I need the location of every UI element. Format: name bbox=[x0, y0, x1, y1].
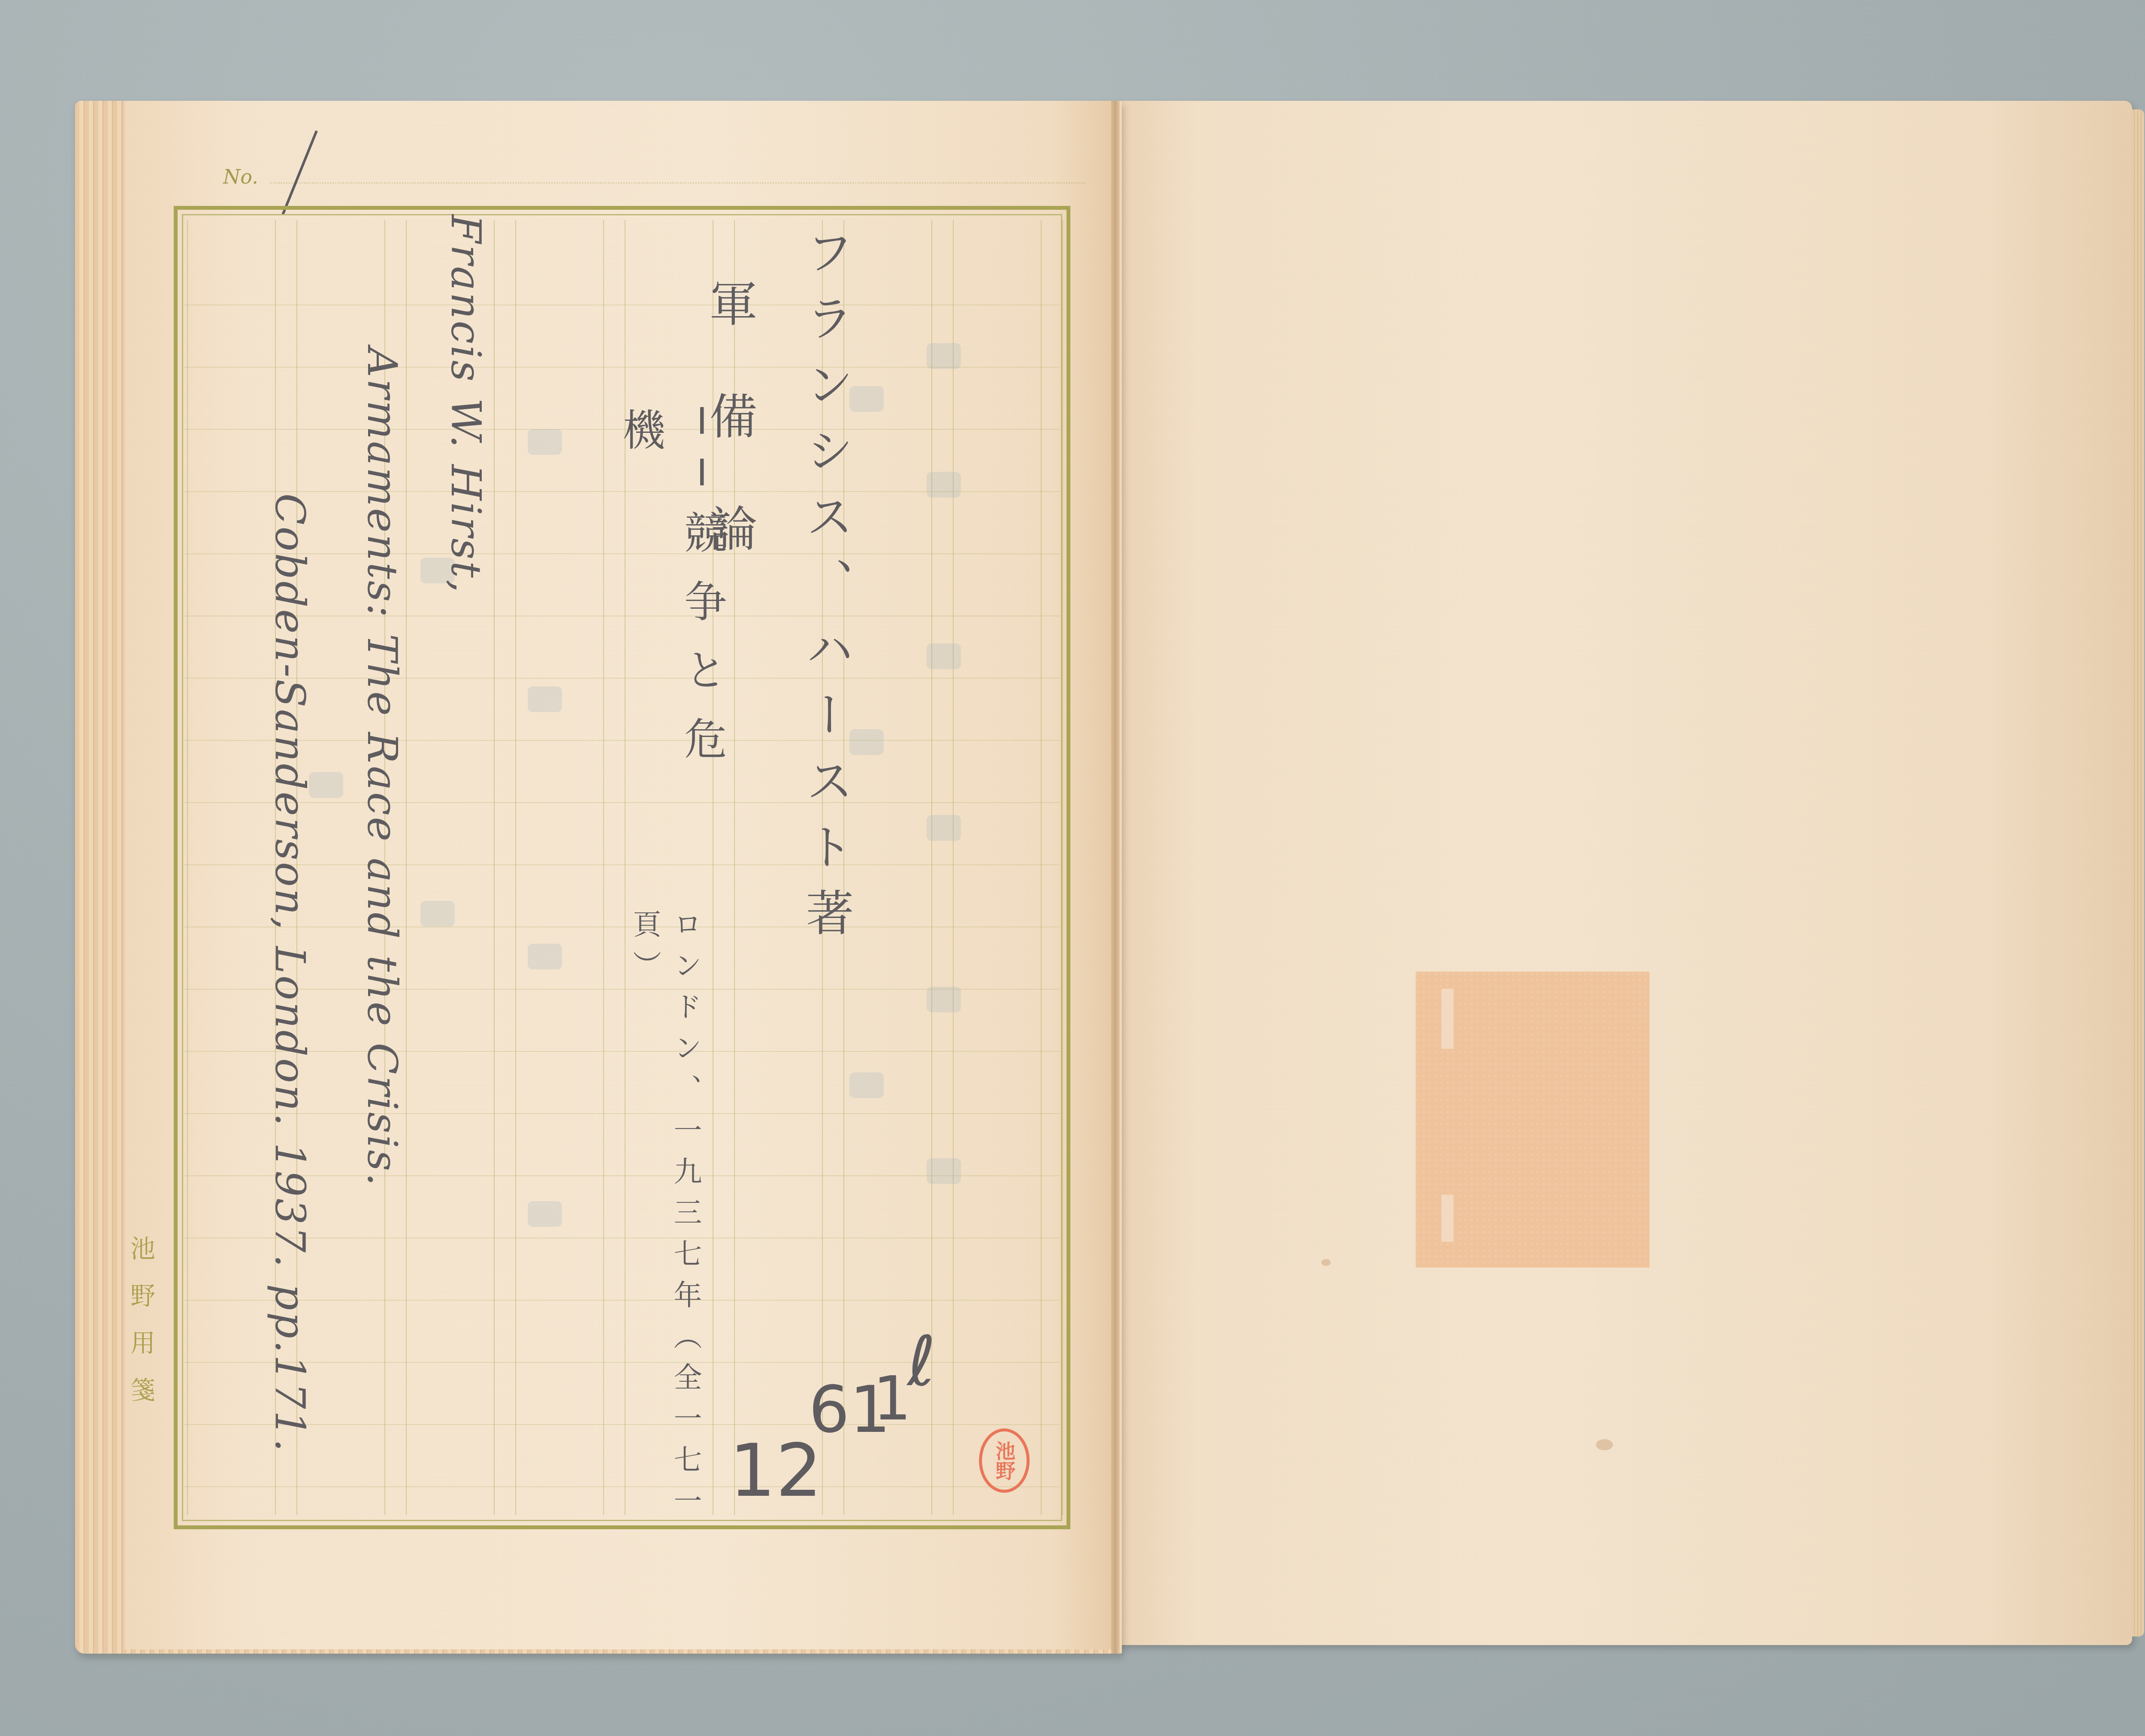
book-gutter bbox=[1111, 101, 1120, 1654]
line-author-ja: フランシス、ハースト著 bbox=[792, 227, 861, 978]
tape-residue-stain bbox=[1416, 972, 1650, 1268]
red-seal-stamp: 池野 bbox=[979, 1428, 1030, 1493]
line-title-en: Armaments: The Race and the Crisis. bbox=[358, 347, 406, 1248]
stationery-imprint: 池野用箋 bbox=[133, 1235, 159, 1424]
number-label: No. bbox=[223, 165, 258, 188]
number-dotted-line bbox=[270, 182, 1085, 184]
stain-gap bbox=[1441, 989, 1453, 1049]
stain-gap bbox=[1441, 1195, 1453, 1242]
line-publication-ja: ロンドン、一九三七年（全一七一頁） bbox=[624, 909, 706, 1540]
pencil-mark-1: 1 bbox=[873, 1364, 911, 1434]
line-subtitle-ja: ──競争と危機 bbox=[609, 408, 733, 836]
line-author-en: Francis W. Hirst, bbox=[442, 214, 490, 643]
right-page bbox=[1115, 101, 2132, 1645]
pencil-mark-l: ℓ bbox=[907, 1321, 936, 1401]
right-page-edge bbox=[2131, 109, 2144, 1636]
line-publisher-en: Cobden-Sanderson, London. 1937. pp.171. bbox=[266, 493, 314, 1523]
pencil-number-12: 12 bbox=[729, 1428, 822, 1513]
foxing-spot bbox=[1321, 1259, 1331, 1266]
foxing-spot bbox=[1596, 1439, 1613, 1450]
